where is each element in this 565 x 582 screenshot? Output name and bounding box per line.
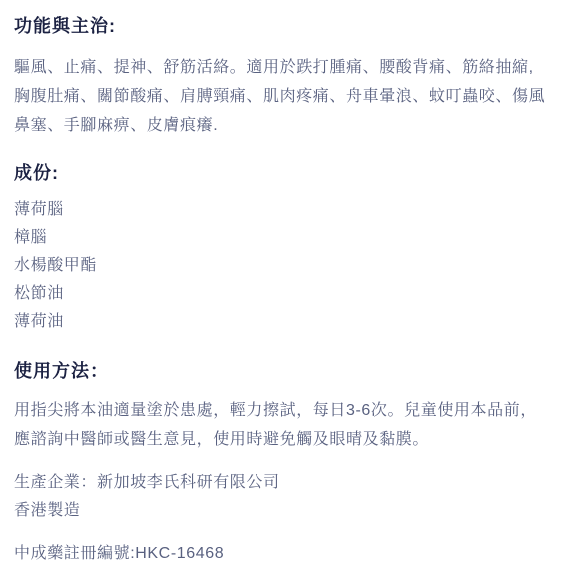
section-functions: 功能與主治: 驅風、止痛、提神、舒筋活絡。適用於跌打腫痛、腰酸背痛、筋絡抽縮, … [14, 13, 551, 140]
page: { "theme": { "background": "#ffffff", "h… [0, 0, 565, 582]
section-ingredients: 成份: 薄荷腦 樟腦 水楊酸甲酯 松節油 薄荷油 [14, 160, 551, 336]
ingredient-item: 松節油 [14, 280, 551, 308]
usage-paragraph: 用指尖將本油適量塗於患處，輕力擦試，每日3-6次。兒童使用本品前，應諮詢中醫師或… [14, 396, 551, 454]
origin-line: 香港製造 [14, 497, 551, 525]
registration-number: 中成藥註冊編號:HKC-16468 [14, 539, 551, 568]
functions-paragraph: 驅風、止痛、提神、舒筋活絡。適用於跌打腫痛、腰酸背痛、筋絡抽縮, 胸腹肚痛、關節… [14, 53, 551, 140]
functions-heading: 功能與主治: [14, 13, 551, 39]
manufacturer-block: 生產企業：新加坡李氏科研有限公司 香港製造 [14, 469, 551, 525]
ingredient-item: 水楊酸甲酯 [14, 252, 551, 280]
manufacturer-line: 生產企業：新加坡李氏科研有限公司 [14, 469, 551, 497]
section-usage: 使用方法： 用指尖將本油適量塗於患處，輕力擦試，每日3-6次。兒童使用本品前，應… [14, 358, 551, 454]
ingredients-heading: 成份: [14, 160, 551, 186]
usage-heading: 使用方法： [14, 358, 551, 384]
ingredient-item: 薄荷腦 [14, 196, 551, 224]
ingredients-list: 薄荷腦 樟腦 水楊酸甲酯 松節油 薄荷油 [14, 196, 551, 336]
manufacturer-info: 生產企業：新加坡李氏科研有限公司 香港製造 中成藥註冊編號:HKC-16468 [14, 469, 551, 568]
product-information: 功能與主治: 驅風、止痛、提神、舒筋活絡。適用於跌打腫痛、腰酸背痛、筋絡抽縮, … [0, 0, 565, 568]
ingredient-item: 樟腦 [14, 224, 551, 252]
ingredient-item: 薄荷油 [14, 308, 551, 336]
